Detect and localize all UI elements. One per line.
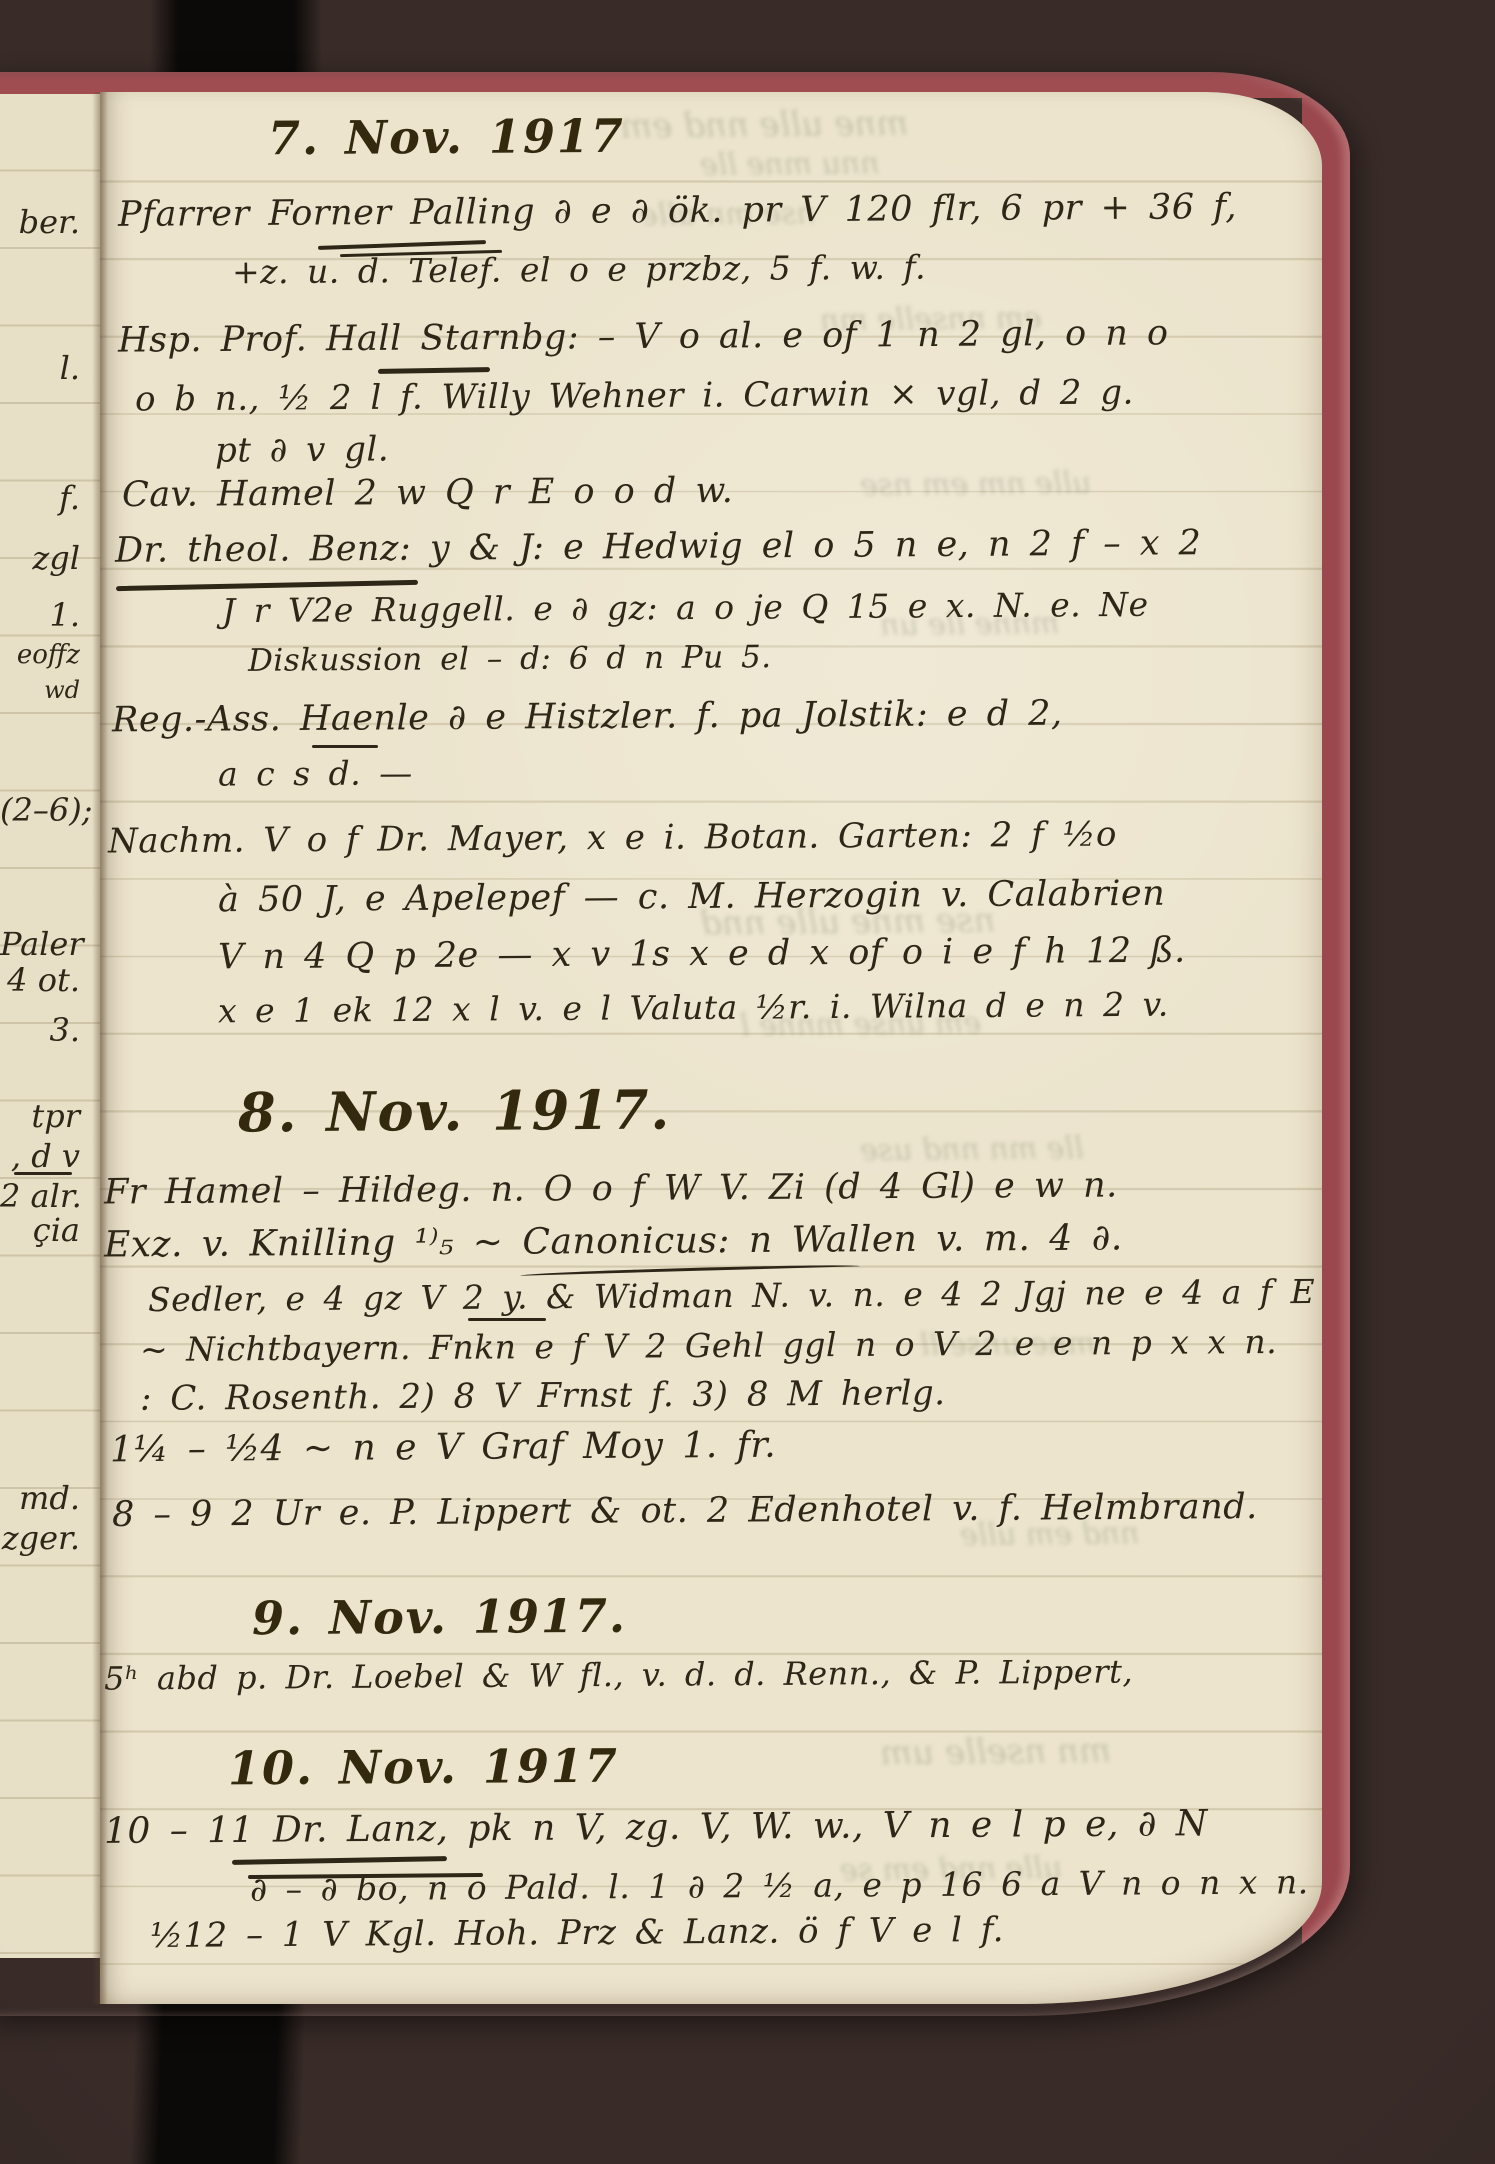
page-fragment: ber. [0, 206, 80, 238]
page-fragment: 2 alr. [0, 1180, 80, 1212]
page-fragment: tpr [0, 1100, 80, 1132]
page-fragment: 4 ot. [0, 964, 80, 996]
diary-page: mne ulle nnd em nnu mne lle em nnselle m… [100, 92, 1322, 2004]
page-fragment: wd [0, 678, 80, 702]
entry-line: J r V2e Ruggell. e ∂ gz: a o je Q 15 e x… [222, 587, 1149, 630]
diary-photo: ber. l. f. zgl 1. eoffz wd (2–6); Paler … [0, 0, 1495, 2164]
previous-page-sliver: ber. l. f. zgl 1. eoffz wd (2–6); Paler … [0, 94, 102, 1958]
page-fragment: eoffz [0, 642, 80, 668]
page-fragment: (2–6); [0, 794, 80, 826]
entry-line: Pfarrer Forner Palling ∂ e ∂ ök. pr V 12… [118, 188, 1237, 234]
entry-line: V n 4 Q p 2e — x v 1s x e d x of o i e f… [218, 932, 1186, 977]
entry-line: Cav. Hamel 2 w Q r E o o d w. [122, 472, 734, 515]
bleedthrough-mark: mn nselle um [880, 1734, 1112, 1770]
page-fragment: f. [0, 482, 80, 514]
entry-line: +z. u. d. Telef. el o e przbz, 5 f. w. f… [232, 250, 926, 291]
page-fragment: zgl [0, 542, 80, 574]
bleedthrough-mark: mne ulle nnd em [620, 106, 909, 143]
entry-line: 8 – 9 2 Ur e. P. Lippert & ot. 2 Edenhot… [112, 1488, 1258, 1534]
entry-line: Reg.-Ass. Haenle ∂ e Histzler. f. pa Jol… [112, 695, 1063, 740]
date-heading-9-nov: 9. Nov. 1917. [252, 1591, 627, 1644]
entry-line: x e 1 ek 12 x l v. e l Valuta ½r. i. Wil… [218, 987, 1169, 1030]
entry-line: ∂ – ∂ bo, n o Pald. l. 1 ∂ 2 ½ a, e p 16… [250, 1864, 1309, 1908]
ink-underline-v2y [468, 1318, 546, 1321]
entry-line: Diskussion el – d: 6 d n Pu 5. [248, 640, 772, 678]
entry-line: Dr. theol. Benz: y & J: e Hedwig el o 5 … [115, 524, 1202, 570]
entry-line: 10 – 11 Dr. Lanz, pk n V, zg. V, W. w., … [104, 1804, 1208, 1851]
ink-underline [14, 1172, 72, 1175]
entry-line: Fr Hamel – Hildeg. n. O o f W V. Zi (d 4… [104, 1166, 1118, 1212]
entry-line: Exz. v. Knilling ¹⁾₅ ~ Canonicus: n Wall… [104, 1218, 1123, 1265]
entry-line: o b n., ½ 2 l f. Willy Wehner i. Carwin … [135, 375, 1134, 419]
entry-line: Hsp. Prof. Hall Starnbg: – V o al. e of … [118, 314, 1169, 360]
date-heading-8-nov: 8. Nov. 1917. [238, 1080, 672, 1142]
page-fragment: , d v [0, 1140, 80, 1172]
page-fragment: Paler [0, 928, 80, 960]
entry-line: pt ∂ v gl. [215, 431, 389, 470]
ink-underline-lanz [232, 1856, 447, 1865]
entry-line: Nachm. V o f Dr. Mayer, x e i. Botan. Ga… [108, 816, 1117, 860]
page-fragment: zger. [0, 1522, 80, 1554]
date-heading-10-nov: 10. Nov. 1917 [228, 1741, 619, 1794]
entry-line: 1¼ – ½4 ~ n e V Graf Moy 1. fr. [110, 1426, 776, 1470]
page-fragment: 1. [0, 599, 80, 631]
ink-underline-haenle [312, 745, 378, 748]
entry-line: à 50 J, e Apelepef — c. M. Herzogin v. C… [218, 875, 1165, 920]
page-gutter-crease [92, 92, 108, 2004]
page-fragment: çia [0, 1214, 80, 1246]
page-fragment: 3. [0, 1014, 80, 1046]
bleedthrough-mark: ulle nm em nse [860, 469, 1092, 501]
entry-line: : C. Rosenth. 2) 8 V Frnst f. 3) 8 M her… [140, 1375, 946, 1418]
page-fragment: md. [0, 1482, 80, 1514]
date-heading-7-nov: 7. Nov. 1917 [268, 111, 625, 164]
entry-line: Sedler, e 4 gz V 2 y. & Widman N. v. n. … [148, 1274, 1315, 1318]
entry-line: 5ʰ abd p. Dr. Loebel & W fl., v. d. d. R… [104, 1654, 1133, 1696]
ink-underline-forner [318, 240, 486, 250]
entry-line: a c s d. — [218, 755, 413, 793]
page-fragment: l. [0, 352, 80, 384]
bleedthrough-mark: lle mn nnd use [860, 1134, 1084, 1166]
ink-underline-canonicus [520, 1263, 860, 1275]
entry-line: ~ Nichtbayern. Fnkn e f V 2 Gehl ggl n o… [140, 1324, 1277, 1368]
entry-line: ½12 – 1 V Kgl. Hoh. Prz & Lanz. ö f V e … [150, 1912, 1004, 1955]
ink-underline-hall [378, 367, 490, 374]
bleedthrough-mark: nnu mne lle [700, 149, 880, 181]
